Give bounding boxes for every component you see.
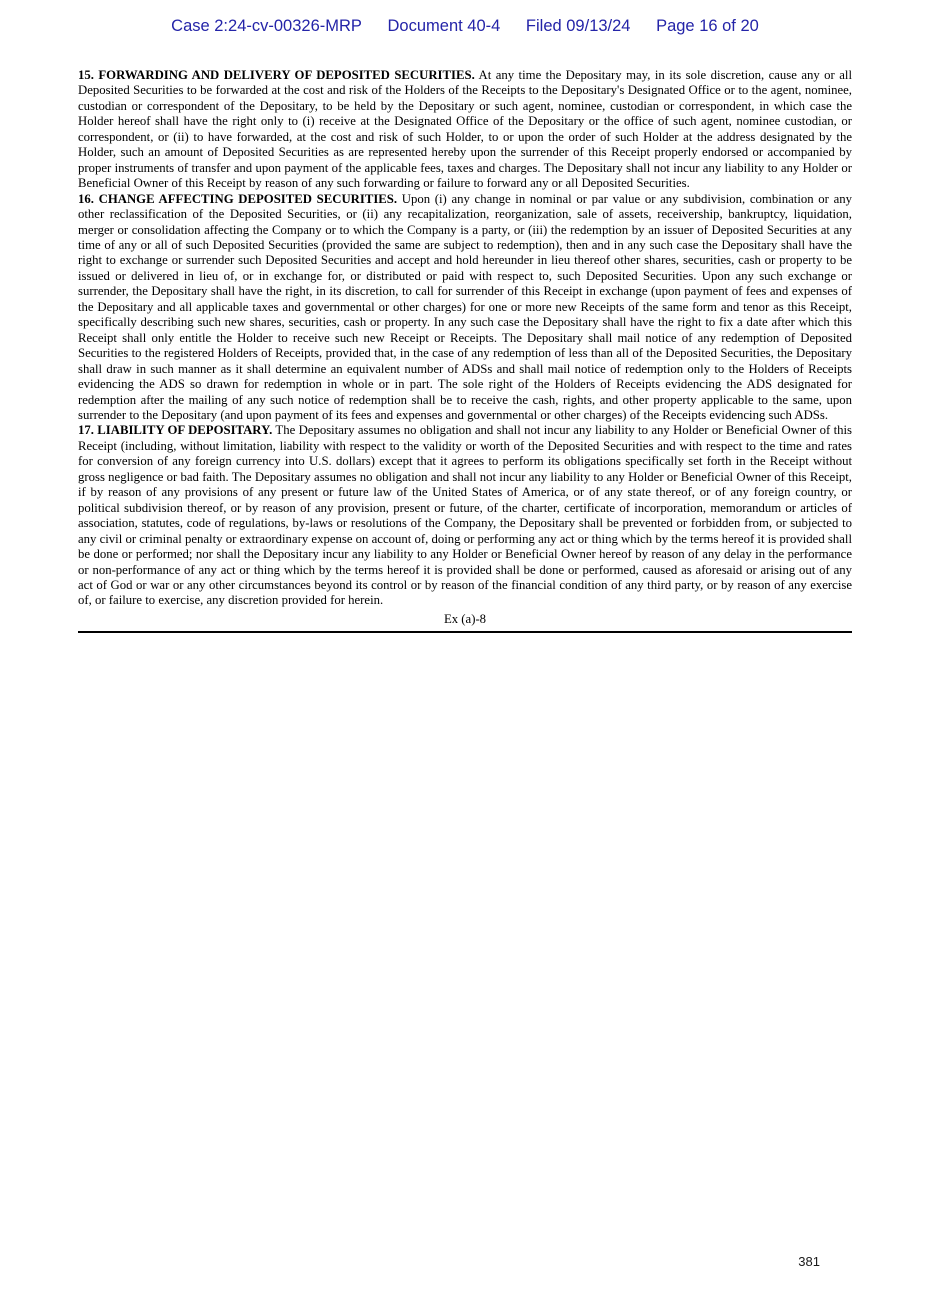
document-page: Case 2:24-cv-00326-MRP Document 40-4 Fil… (0, 0, 930, 1316)
document-body: 15. FORWARDING AND DELIVERY OF DEPOSITED… (78, 68, 852, 633)
paragraph-15-heading: 15. FORWARDING AND DELIVERY OF DEPOSITED… (78, 68, 475, 82)
paragraph-17-heading: 17. LIABILITY OF DEPOSITARY. (78, 423, 272, 437)
page-number: 381 (798, 1254, 820, 1269)
paragraph-15-text: At any time the Depositary may, in its s… (78, 68, 852, 190)
case-number: Case 2:24-cv-00326-MRP (171, 17, 362, 36)
paragraph-16-text: Upon (i) any change in nominal or par va… (78, 192, 852, 422)
exhibit-label: Ex (a)-8 (78, 612, 852, 627)
page-indicator: Page 16 of 20 (656, 17, 759, 36)
footer-divider (78, 631, 852, 633)
paragraph-15: 15. FORWARDING AND DELIVERY OF DEPOSITED… (78, 68, 852, 192)
paragraph-17: 17. LIABILITY OF DEPOSITARY. The Deposit… (78, 423, 852, 608)
paragraph-16-heading: 16. CHANGE AFFECTING DEPOSITED SECURITIE… (78, 192, 397, 206)
paragraph-17-text: The Depositary assumes no obligation and… (78, 423, 852, 607)
court-filing-stamp: Case 2:24-cv-00326-MRP Document 40-4 Fil… (0, 17, 930, 36)
document-number: Document 40-4 (388, 17, 501, 36)
paragraph-16: 16. CHANGE AFFECTING DEPOSITED SECURITIE… (78, 192, 852, 424)
filed-date: Filed 09/13/24 (526, 17, 631, 36)
